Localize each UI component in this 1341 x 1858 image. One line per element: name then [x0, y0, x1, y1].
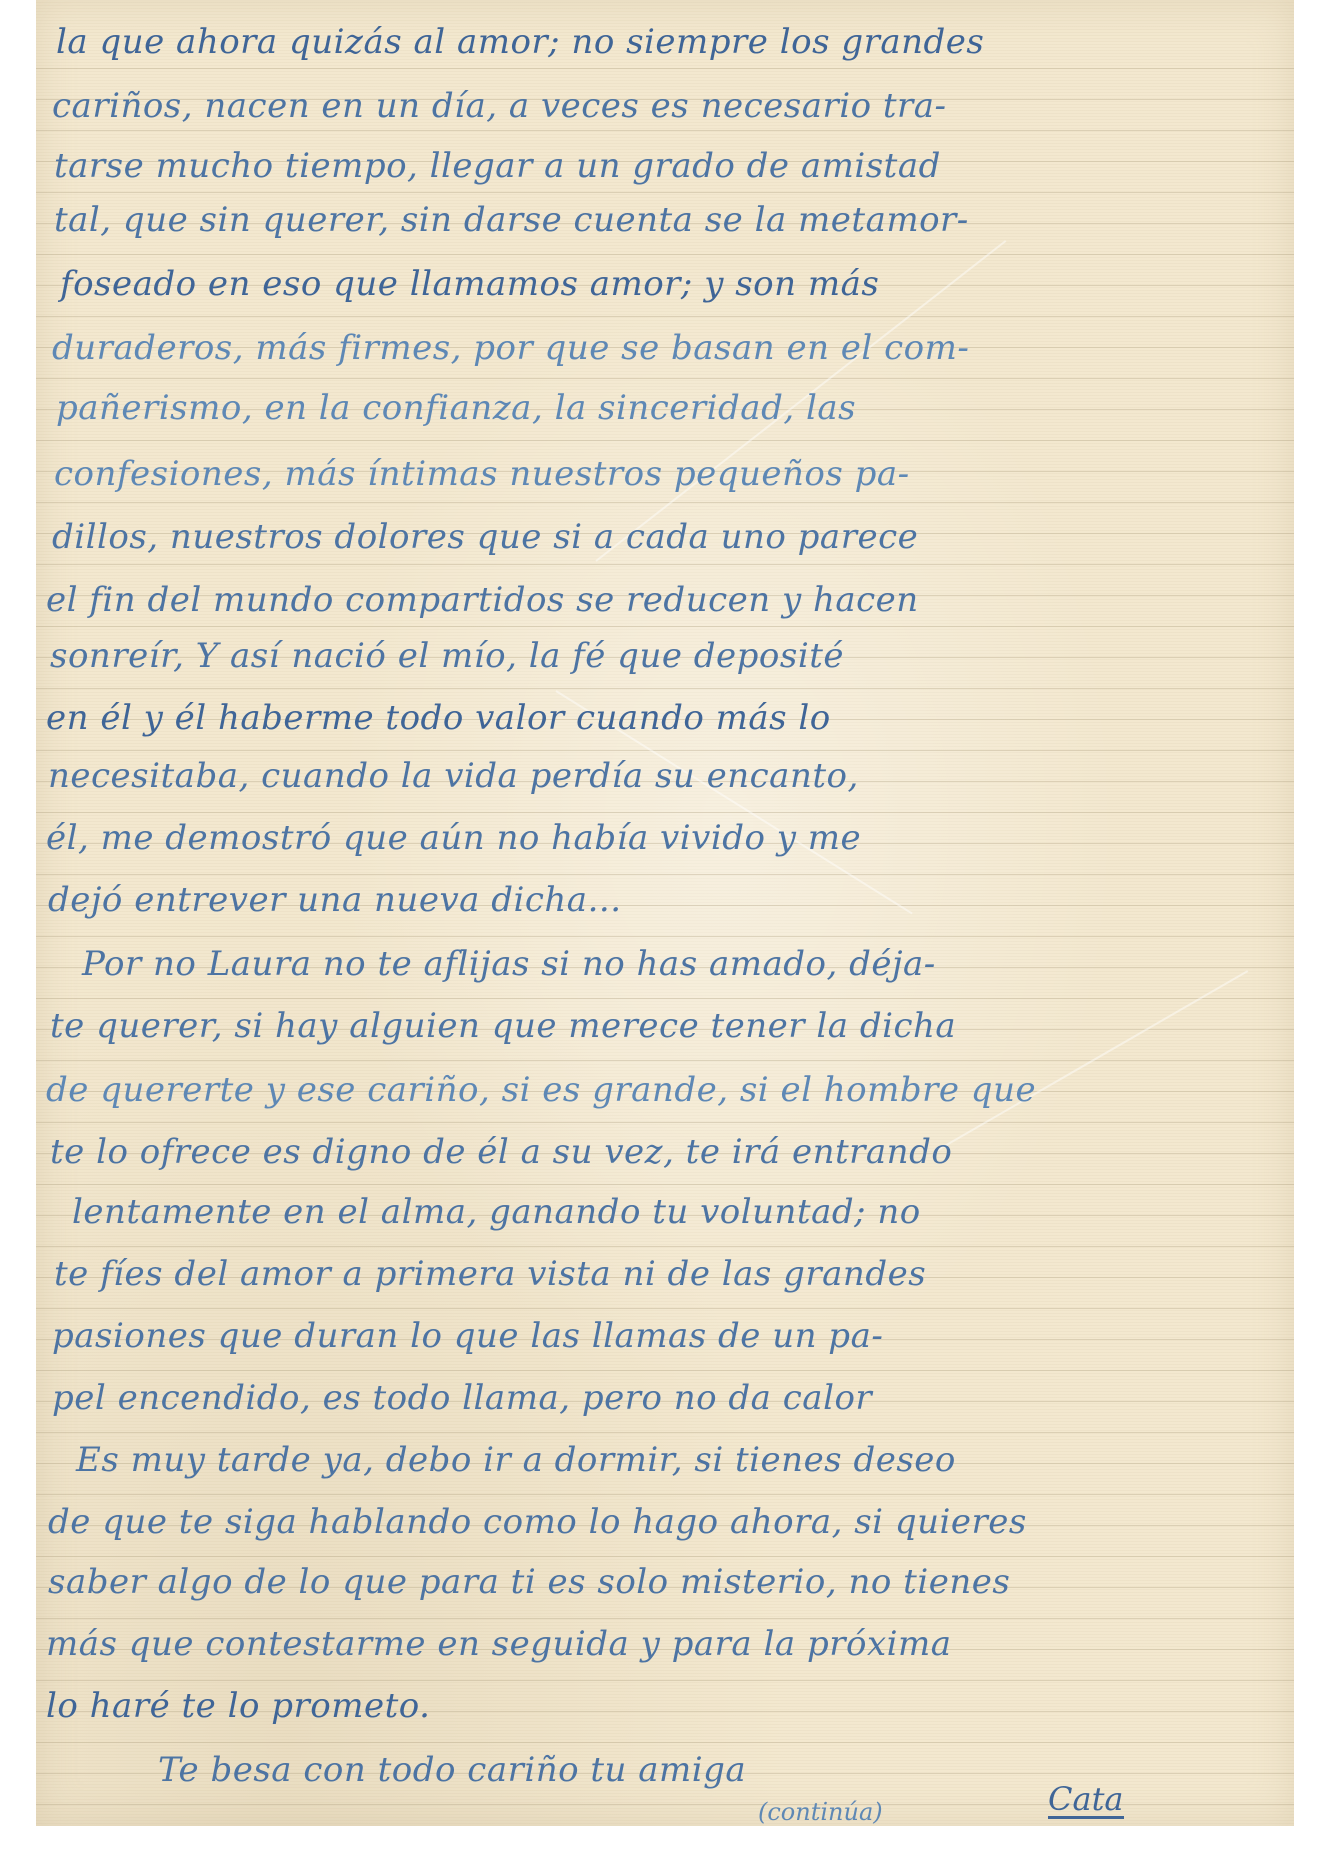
letter-line: tal, que sin querer, sin darse cuenta se… [54, 200, 969, 240]
letter-line: te fíes del amor a primera vista ni de l… [54, 1254, 926, 1294]
ruled-line [36, 812, 1294, 813]
letter-line: sonreír, Y así nació el mío, la fé que d… [50, 636, 844, 676]
letter-line: tarse mucho tiempo, llegar a un grado de… [54, 146, 941, 186]
ruled-line [36, 1432, 1294, 1433]
ruled-line [36, 998, 1294, 999]
ruled-line [36, 1060, 1294, 1061]
signature: Cata [1048, 1782, 1124, 1819]
ruled-line [36, 1122, 1294, 1123]
letter-line: pañerismo, en la confianza, la sincerida… [56, 388, 856, 428]
ruled-line [36, 254, 1294, 255]
ruled-line [36, 1742, 1294, 1743]
ruled-line [36, 936, 1294, 937]
ruled-line [36, 502, 1294, 503]
ruled-line [36, 1618, 1294, 1619]
ruled-line [36, 750, 1294, 751]
ruled-line [36, 564, 1294, 565]
letter-line: de quererte y ese cariño, si es grande, … [46, 1070, 1036, 1110]
ruled-line [36, 68, 1294, 69]
ruled-line [36, 440, 1294, 441]
letter-line: la que ahora quizás al amor; no siempre … [56, 22, 984, 62]
letter-line: lentamente en el alma, ganando tu volunt… [72, 1192, 921, 1232]
ruled-line [36, 1494, 1294, 1495]
ruled-line [36, 316, 1294, 317]
ruled-line [36, 378, 1294, 379]
letter-line: dillos, nuestros dolores que si a cada u… [52, 517, 918, 557]
letter-line: el fin del mundo compartidos se reducen … [46, 580, 919, 620]
ruled-line [36, 874, 1294, 875]
letter-line: Por no Laura no te aflijas si no has ama… [82, 944, 936, 984]
letter-closing: Te besa con todo cariño tu amiga [158, 1750, 746, 1790]
letter-line: saber algo de lo que para ti es solo mis… [48, 1562, 1010, 1602]
ruled-line [36, 1184, 1294, 1185]
continued-note: (continúa) [758, 1798, 883, 1826]
letter-line: foseado en eso que llamamos amor; y son … [60, 264, 879, 304]
letter-line: Es muy tarde ya, debo ir a dormir, si ti… [76, 1440, 956, 1480]
ruled-line [36, 130, 1294, 131]
ruled-line [36, 1246, 1294, 1247]
ruled-line [36, 688, 1294, 689]
ruled-line [36, 192, 1294, 193]
letter-line: en él y él haberme todo valor cuando más… [46, 698, 831, 738]
letter-line: duraderos, más firmes, por que se basan … [52, 328, 969, 368]
ruled-line [36, 626, 1294, 627]
ruled-line [36, 1370, 1294, 1371]
letter-line: lo haré te lo prometo. [46, 1686, 430, 1726]
ruled-line [36, 1308, 1294, 1309]
letter-line: de que te siga hablando como lo hago aho… [48, 1502, 1027, 1542]
ruled-line [36, 1556, 1294, 1557]
letter-line: dejó entrever una nueva dicha... [48, 880, 622, 920]
letter-paper: la que ahora quizás al amor; no siempre … [36, 0, 1294, 1826]
letter-line: él, me demostró que aún no había vivido … [46, 818, 861, 858]
letter-line: más que contestarme en seguida y para la… [46, 1624, 952, 1664]
letter-line: te lo ofrece es digno de él a su vez, te… [50, 1132, 952, 1172]
letter-line: necesitaba, cuando la vida perdía su enc… [48, 756, 859, 796]
letter-line: pel encendido, es todo llama, pero no da… [52, 1378, 872, 1418]
letter-line: cariños, nacen en un día, a veces es nec… [52, 86, 947, 126]
letter-line: te querer, si hay alguien que merece ten… [50, 1006, 956, 1046]
letter-line: pasiones que duran lo que las llamas de … [52, 1316, 883, 1356]
ruled-line [36, 1680, 1294, 1681]
letter-line: confesiones, más íntimas nuestros pequeñ… [54, 454, 910, 494]
